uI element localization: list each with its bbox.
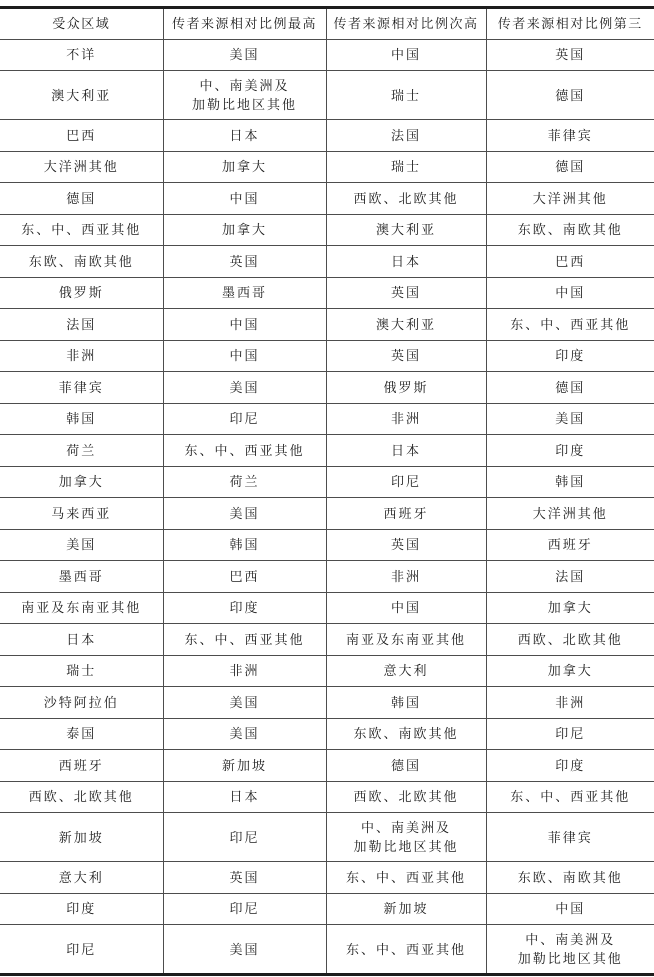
table-row: 非洲中国英国印度 xyxy=(0,340,654,372)
audience-region-cell: 加拿大 xyxy=(0,466,163,498)
table-row: 墨西哥巴西非洲法国 xyxy=(0,561,654,593)
source-top1-cell: 印尼 xyxy=(163,403,326,435)
source-top3-cell: 中国 xyxy=(486,893,654,925)
source-top3-cell: 东、中、西亚其他 xyxy=(486,309,654,341)
table-row: 沙特阿拉伯美国韩国非洲 xyxy=(0,687,654,719)
source-top2-cell: 西欧、北欧其他 xyxy=(326,781,486,813)
source-top2-cell: 法国 xyxy=(326,120,486,152)
audience-source-table: 受众区域 传者来源相对比例最高 传者来源相对比例次高 传者来源相对比例第三 不详… xyxy=(0,6,654,976)
source-top2-cell: 中国 xyxy=(326,592,486,624)
audience-region-cell: 泰国 xyxy=(0,718,163,750)
audience-region-cell: 南亚及东南亚其他 xyxy=(0,592,163,624)
source-top1-cell: 巴西 xyxy=(163,561,326,593)
table-row: 加拿大荷兰印尼韩国 xyxy=(0,466,654,498)
source-top1-cell: 日本 xyxy=(163,120,326,152)
header-source-top1: 传者来源相对比例最高 xyxy=(163,8,326,40)
source-top2-cell: 俄罗斯 xyxy=(326,372,486,404)
source-top1-cell: 东、中、西亚其他 xyxy=(163,624,326,656)
source-top2-cell: 瑞士 xyxy=(326,151,486,183)
table-row: 意大利英国东、中、西亚其他东欧、南欧其他 xyxy=(0,862,654,894)
source-top1-cell: 美国 xyxy=(163,687,326,719)
source-top2-cell: 东欧、南欧其他 xyxy=(326,718,486,750)
source-top3-cell: 中国 xyxy=(486,277,654,309)
source-top2-cell: 中、南美洲及 加勒比地区其他 xyxy=(326,813,486,862)
source-top1-cell: 加拿大 xyxy=(163,214,326,246)
source-top2-cell: 英国 xyxy=(326,340,486,372)
table-row: 西欧、北欧其他日本西欧、北欧其他东、中、西亚其他 xyxy=(0,781,654,813)
source-top1-cell: 印尼 xyxy=(163,893,326,925)
source-top1-cell: 美国 xyxy=(163,718,326,750)
audience-region-cell: 韩国 xyxy=(0,403,163,435)
audience-region-cell: 东、中、西亚其他 xyxy=(0,214,163,246)
audience-region-cell: 马来西亚 xyxy=(0,498,163,530)
table-row: 菲律宾美国俄罗斯德国 xyxy=(0,372,654,404)
audience-region-cell: 大洋洲其他 xyxy=(0,151,163,183)
source-top1-cell: 印尼 xyxy=(163,813,326,862)
source-top1-cell: 非洲 xyxy=(163,655,326,687)
source-top2-cell: 澳大利亚 xyxy=(326,214,486,246)
table-row: 巴西日本法国菲律宾 xyxy=(0,120,654,152)
source-top3-cell: 中、南美洲及 加勒比地区其他 xyxy=(486,925,654,975)
source-top2-cell: 新加坡 xyxy=(326,893,486,925)
table-row: 韩国印尼非洲美国 xyxy=(0,403,654,435)
source-top2-cell: 印尼 xyxy=(326,466,486,498)
source-top1-cell: 中国 xyxy=(163,340,326,372)
source-top1-cell: 美国 xyxy=(163,39,326,71)
source-top2-cell: 英国 xyxy=(326,529,486,561)
source-top2-cell: 日本 xyxy=(326,435,486,467)
source-top2-cell: 德国 xyxy=(326,750,486,782)
table-row: 荷兰东、中、西亚其他日本印度 xyxy=(0,435,654,467)
source-top1-cell: 美国 xyxy=(163,372,326,404)
source-top3-cell: 菲律宾 xyxy=(486,813,654,862)
source-top2-cell: 东、中、西亚其他 xyxy=(326,862,486,894)
table-row: 德国中国西欧、北欧其他大洋洲其他 xyxy=(0,183,654,215)
table-row: 美国韩国英国西班牙 xyxy=(0,529,654,561)
source-top3-cell: 巴西 xyxy=(486,246,654,278)
audience-region-cell: 印尼 xyxy=(0,925,163,975)
source-top3-cell: 美国 xyxy=(486,403,654,435)
audience-region-cell: 美国 xyxy=(0,529,163,561)
source-top2-cell: 英国 xyxy=(326,277,486,309)
source-top1-cell: 美国 xyxy=(163,925,326,975)
table-row: 南亚及东南亚其他印度中国加拿大 xyxy=(0,592,654,624)
source-top3-cell: 德国 xyxy=(486,71,654,120)
source-top3-cell: 德国 xyxy=(486,151,654,183)
source-top1-cell: 东、中、西亚其他 xyxy=(163,435,326,467)
table-row: 西班牙新加坡德国印度 xyxy=(0,750,654,782)
table-row: 瑞士非洲意大利加拿大 xyxy=(0,655,654,687)
source-top2-cell: 西欧、北欧其他 xyxy=(326,183,486,215)
table-row: 东欧、南欧其他英国日本巴西 xyxy=(0,246,654,278)
table-row: 泰国美国东欧、南欧其他印尼 xyxy=(0,718,654,750)
source-top1-cell: 英国 xyxy=(163,862,326,894)
source-top2-cell: 韩国 xyxy=(326,687,486,719)
table-row: 印尼美国东、中、西亚其他中、南美洲及 加勒比地区其他 xyxy=(0,925,654,975)
audience-region-cell: 意大利 xyxy=(0,862,163,894)
source-top3-cell: 东欧、南欧其他 xyxy=(486,214,654,246)
header-row: 受众区域 传者来源相对比例最高 传者来源相对比例次高 传者来源相对比例第三 xyxy=(0,8,654,40)
audience-region-cell: 西班牙 xyxy=(0,750,163,782)
table-row: 新加坡印尼中、南美洲及 加勒比地区其他菲律宾 xyxy=(0,813,654,862)
table-body: 不详美国中国英国澳大利亚中、南美洲及 加勒比地区其他瑞士德国巴西日本法国菲律宾大… xyxy=(0,39,654,975)
source-top3-cell: 印度 xyxy=(486,435,654,467)
source-top1-cell: 加拿大 xyxy=(163,151,326,183)
table-row: 日本东、中、西亚其他南亚及东南亚其他西欧、北欧其他 xyxy=(0,624,654,656)
table-row: 大洋洲其他加拿大瑞士德国 xyxy=(0,151,654,183)
source-top1-cell: 印度 xyxy=(163,592,326,624)
header-source-top2: 传者来源相对比例次高 xyxy=(326,8,486,40)
source-top3-cell: 东欧、南欧其他 xyxy=(486,862,654,894)
document-page: 受众区域 传者来源相对比例最高 传者来源相对比例次高 传者来源相对比例第三 不详… xyxy=(0,0,654,977)
source-top2-cell: 意大利 xyxy=(326,655,486,687)
header-audience-region: 受众区域 xyxy=(0,8,163,40)
source-top2-cell: 日本 xyxy=(326,246,486,278)
source-top2-cell: 非洲 xyxy=(326,403,486,435)
table-row: 马来西亚美国西班牙大洋洲其他 xyxy=(0,498,654,530)
source-top3-cell: 加拿大 xyxy=(486,655,654,687)
source-top1-cell: 韩国 xyxy=(163,529,326,561)
source-top1-cell: 新加坡 xyxy=(163,750,326,782)
audience-region-cell: 沙特阿拉伯 xyxy=(0,687,163,719)
source-top2-cell: 南亚及东南亚其他 xyxy=(326,624,486,656)
source-top2-cell: 西班牙 xyxy=(326,498,486,530)
source-top1-cell: 日本 xyxy=(163,781,326,813)
audience-region-cell: 荷兰 xyxy=(0,435,163,467)
table-row: 不详美国中国英国 xyxy=(0,39,654,71)
source-top3-cell: 西欧、北欧其他 xyxy=(486,624,654,656)
audience-region-cell: 巴西 xyxy=(0,120,163,152)
audience-region-cell: 不详 xyxy=(0,39,163,71)
source-top2-cell: 中国 xyxy=(326,39,486,71)
table-row: 俄罗斯墨西哥英国中国 xyxy=(0,277,654,309)
source-top3-cell: 英国 xyxy=(486,39,654,71)
audience-region-cell: 新加坡 xyxy=(0,813,163,862)
source-top2-cell: 澳大利亚 xyxy=(326,309,486,341)
source-top3-cell: 韩国 xyxy=(486,466,654,498)
audience-region-cell: 印度 xyxy=(0,893,163,925)
source-top3-cell: 菲律宾 xyxy=(486,120,654,152)
source-top3-cell: 加拿大 xyxy=(486,592,654,624)
audience-region-cell: 瑞士 xyxy=(0,655,163,687)
source-top3-cell: 印度 xyxy=(486,340,654,372)
table-row: 澳大利亚中、南美洲及 加勒比地区其他瑞士德国 xyxy=(0,71,654,120)
source-top1-cell: 中国 xyxy=(163,183,326,215)
source-top3-cell: 印度 xyxy=(486,750,654,782)
audience-region-cell: 菲律宾 xyxy=(0,372,163,404)
source-top3-cell: 印尼 xyxy=(486,718,654,750)
audience-region-cell: 俄罗斯 xyxy=(0,277,163,309)
audience-region-cell: 澳大利亚 xyxy=(0,71,163,120)
source-top2-cell: 瑞士 xyxy=(326,71,486,120)
audience-region-cell: 非洲 xyxy=(0,340,163,372)
source-top3-cell: 大洋洲其他 xyxy=(486,183,654,215)
source-top3-cell: 西班牙 xyxy=(486,529,654,561)
header-source-top3: 传者来源相对比例第三 xyxy=(486,8,654,40)
audience-region-cell: 日本 xyxy=(0,624,163,656)
source-top3-cell: 法国 xyxy=(486,561,654,593)
audience-region-cell: 东欧、南欧其他 xyxy=(0,246,163,278)
audience-region-cell: 德国 xyxy=(0,183,163,215)
source-top1-cell: 美国 xyxy=(163,498,326,530)
table-header: 受众区域 传者来源相对比例最高 传者来源相对比例次高 传者来源相对比例第三 xyxy=(0,8,654,40)
source-top3-cell: 非洲 xyxy=(486,687,654,719)
source-top1-cell: 墨西哥 xyxy=(163,277,326,309)
audience-region-cell: 墨西哥 xyxy=(0,561,163,593)
source-top2-cell: 东、中、西亚其他 xyxy=(326,925,486,975)
source-top1-cell: 英国 xyxy=(163,246,326,278)
source-top3-cell: 东、中、西亚其他 xyxy=(486,781,654,813)
source-top1-cell: 中、南美洲及 加勒比地区其他 xyxy=(163,71,326,120)
table-row: 印度印尼新加坡中国 xyxy=(0,893,654,925)
source-top3-cell: 大洋洲其他 xyxy=(486,498,654,530)
audience-region-cell: 法国 xyxy=(0,309,163,341)
source-top1-cell: 荷兰 xyxy=(163,466,326,498)
source-top3-cell: 德国 xyxy=(486,372,654,404)
source-top2-cell: 非洲 xyxy=(326,561,486,593)
table-row: 东、中、西亚其他加拿大澳大利亚东欧、南欧其他 xyxy=(0,214,654,246)
audience-region-cell: 西欧、北欧其他 xyxy=(0,781,163,813)
table-row: 法国中国澳大利亚东、中、西亚其他 xyxy=(0,309,654,341)
source-top1-cell: 中国 xyxy=(163,309,326,341)
